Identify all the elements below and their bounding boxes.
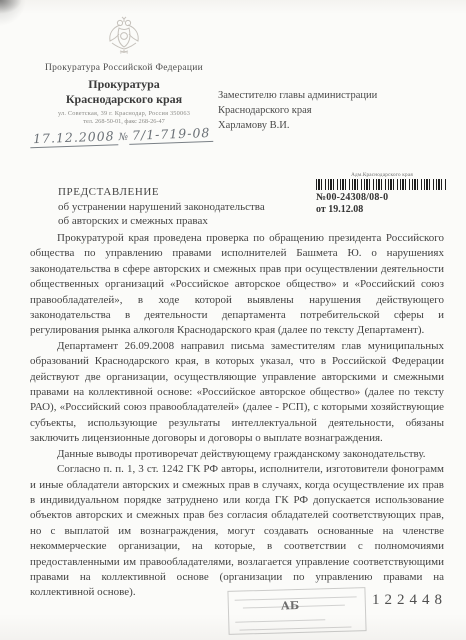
document-title-line1: ПРЕДСТАВЛЕНИЕ — [58, 185, 265, 200]
handwritten-number: 7/1-719-08 — [129, 125, 214, 145]
registration-label: Адм.Краснодарского края — [316, 172, 448, 178]
registration-block: Адм.Краснодарского края №00-24308/08-0 о… — [316, 172, 448, 215]
document-body: Прокуратурой края проведена проверка по … — [30, 231, 444, 601]
handwritten-date: 17.12.2008 — [30, 128, 118, 148]
registration-stamp: АБ — [227, 587, 366, 635]
addressee-line3: Харламову В.И. — [218, 118, 377, 133]
paragraph: Департамент 26.09.2008 направил письма з… — [30, 339, 444, 447]
addressee-block: Заместителю главы администрации Краснода… — [218, 88, 377, 133]
document-title-line2: об устранении нарушений законодательства — [58, 200, 265, 215]
registration-number: №00-24308/08-0 — [316, 192, 448, 203]
org-name-line2: Краснодарского края — [26, 92, 222, 107]
scanned-document-page: Прокуратура Российской Федерации Прокура… — [0, 0, 466, 640]
paragraph: Данные выводы противоречат действующему … — [30, 447, 444, 462]
number-sign: № — [117, 132, 129, 143]
coat-of-arms-emblem — [104, 16, 144, 56]
org-name: Прокуратура Краснодарского края — [26, 77, 222, 106]
addressee-line1: Заместителю главы администрации — [218, 88, 377, 103]
org-name-line1: Прокуратура — [26, 77, 222, 92]
org-phone: тел. 268-50-01, факс 268-26-47 — [26, 118, 222, 125]
barcode — [316, 179, 446, 190]
stamp-initials: АБ — [281, 599, 300, 613]
handwritten-date-number: 17.12.2008№7/1-719-08 — [26, 125, 222, 147]
paragraph: Согласно п. п. 1, 3 ст. 1242 ГК РФ автор… — [30, 462, 444, 601]
document-title: ПРЕДСТАВЛЕНИЕ об устранении нарушений за… — [58, 185, 265, 229]
org-address: ул. Советская, 39 г. Краснодар, Россия 3… — [26, 110, 222, 117]
registration-date: от 19.12.08 — [316, 204, 448, 215]
org-parent-name: Прокуратура Российской Федерации — [26, 63, 222, 73]
letterhead: Прокуратура Российской Федерации Прокура… — [26, 16, 222, 143]
paragraph: Прокуратурой края проведена проверка по … — [30, 231, 444, 339]
addressee-line2: Краснодарского края — [218, 103, 377, 118]
scan-corner-smudge — [0, 0, 22, 14]
stamped-number: 122448 — [372, 592, 447, 609]
document-title-line3: об авторских и смежных правах — [58, 214, 265, 229]
